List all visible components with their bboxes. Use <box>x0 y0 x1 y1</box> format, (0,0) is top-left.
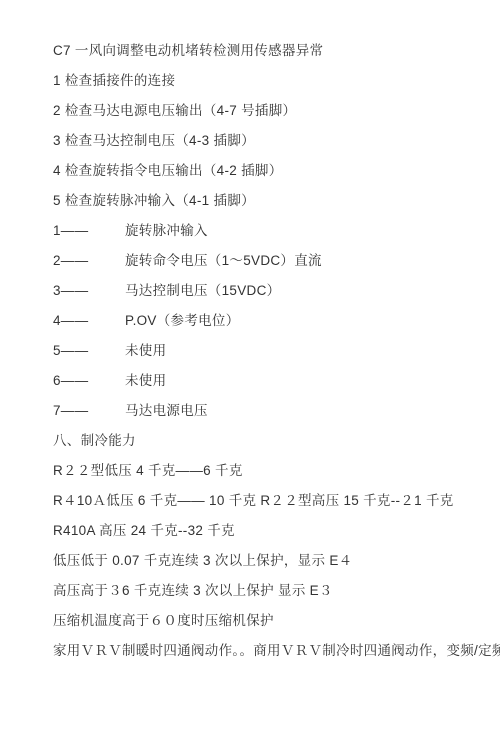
pin-label: P.OV（参考电位） <box>125 313 240 328</box>
pin-label: 马达电源电压 <box>125 403 208 418</box>
pin-label: 旋转脉冲输入 <box>125 223 208 238</box>
step-line-4: 4 检查旋转指令电压输出（4-2 插脚） <box>53 156 470 186</box>
doc-title: C7 一风向调整电动机堵转检测用传感器异常 <box>53 36 470 66</box>
pin-number: 5—— <box>53 336 125 366</box>
section-heading: 八、制冷能力 <box>53 426 470 456</box>
pin-line-6: 6——未使用 <box>53 366 470 396</box>
pin-label: 未使用 <box>125 373 166 388</box>
step-line-1: 1 检查插接件的连接 <box>53 66 470 96</box>
pin-number: 4—— <box>53 306 125 336</box>
pin-number: 1—— <box>53 216 125 246</box>
pin-number: 3—— <box>53 276 125 306</box>
step-line-5: 5 检查旋转脉冲输入（4-1 插脚） <box>53 186 470 216</box>
cooling-line-1: R２２型低压 4 千克——6 千克 <box>53 456 470 486</box>
pin-line-2: 2——旋转命令电压（1～5VDC）直流 <box>53 246 470 276</box>
pin-number: 7—— <box>53 396 125 426</box>
document-page: C7 一风向调整电动机堵转检测用传感器异常 1 检查插接件的连接 2 检查马达电… <box>0 0 500 738</box>
step-line-2: 2 检查马达电源电压输出（4-7 号插脚） <box>53 96 470 126</box>
pin-line-4: 4——P.OV（参考电位） <box>53 306 470 336</box>
cooling-line-6: 压缩机温度高于６０度时压缩机保护 <box>53 606 470 636</box>
cooling-line-7: 家用ＶＲＶ制暖时四通阀动作。。商用ＶＲＶ制冷时四通阀动作，变频/定频 <box>53 636 470 666</box>
pin-label: 未使用 <box>125 343 166 358</box>
cooling-line-4: 低压低于 0.07 千克连续 3 次以上保护，显示 E４ <box>53 546 470 576</box>
cooling-line-5: 高压高于３6 千克连续 3 次以上保护 显示 E３ <box>53 576 470 606</box>
pin-line-7: 7——马达电源电压 <box>53 396 470 426</box>
pin-line-3: 3——马达控制电压（15VDC） <box>53 276 470 306</box>
step-line-3: 3 检查马达控制电压（4-3 插脚） <box>53 126 470 156</box>
cooling-line-2: R４10Ａ低压 6 千克—— 10 千克 R２２型高压 15 千克--２1 千克 <box>53 486 470 516</box>
pin-line-5: 5——未使用 <box>53 336 470 366</box>
pin-label: 旋转命令电压（1～5VDC）直流 <box>125 253 322 268</box>
pin-line-1: 1——旋转脉冲输入 <box>53 216 470 246</box>
cooling-line-3: R410A 高压 24 千克--32 千克 <box>53 516 470 546</box>
pin-number: 2—— <box>53 246 125 276</box>
pin-number: 6—— <box>53 366 125 396</box>
pin-label: 马达控制电压（15VDC） <box>125 283 280 298</box>
